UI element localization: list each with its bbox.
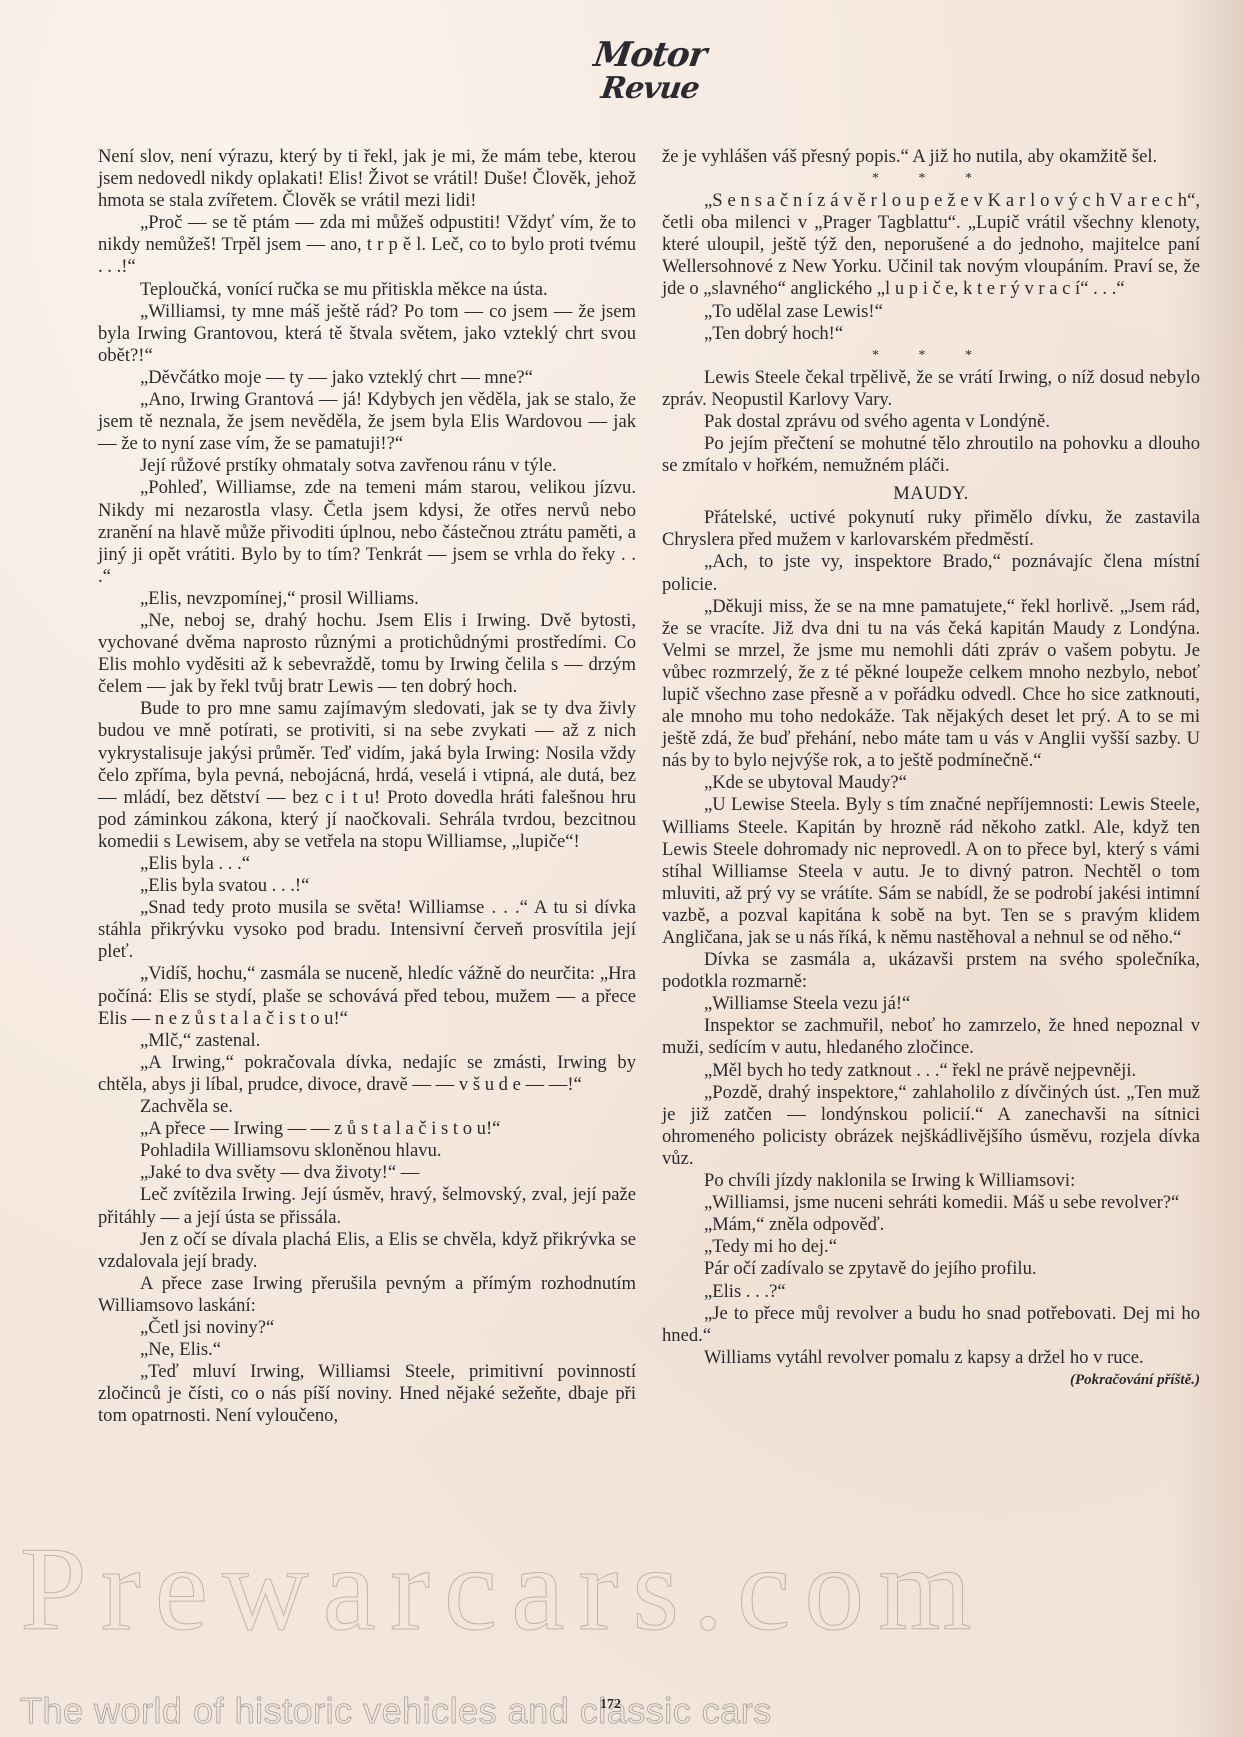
paragraph: „Měl bych ho tedy zatknout . . .“ řekl n… <box>662 1060 1200 1082</box>
paragraph: Williams vytáhl revolver pomalu z kapsy … <box>662 1347 1200 1369</box>
paragraph: „Ach, to jste vy, inspektore Brado,“ poz… <box>662 551 1200 595</box>
paragraph: A přece zase Irwing přerušila pevným a p… <box>98 1273 636 1317</box>
paragraph: „Četl jsi noviny?“ <box>98 1317 636 1339</box>
paragraph: Po jejím přečtení se mohutné tělo zhrout… <box>662 433 1200 477</box>
watermark-tagline: The world of historic vehicles and class… <box>20 1690 772 1732</box>
paragraph: „Děkuji miss, že se na mne pamatujete,“ … <box>662 596 1200 773</box>
paragraph: „Pohleď, Williamse, zde na temeni mám st… <box>98 477 636 587</box>
paragraph: „U Lewise Steela. Byly s tím značné nepř… <box>662 794 1200 949</box>
paragraph: „Jaké to dva světy — dva životy!“ — <box>98 1162 636 1184</box>
paragraph: „Ano, Irwing Grantová — já! Kdybych jen … <box>98 389 636 455</box>
paragraph: „Elis, nevzpomínej,“ prosil Williams. <box>98 588 636 610</box>
paragraph: Po chvíli jízdy naklonila se Irwing k Wi… <box>662 1170 1200 1192</box>
paragraph: „Mám,“ zněla odpověď. <box>662 1214 1200 1236</box>
paragraph: „Tedy mi ho dej.“ <box>662 1236 1200 1258</box>
paragraph: „Děvčátko moje — ty — jako vzteklý chrt … <box>98 367 636 389</box>
section-break-asterisks: * * * <box>662 345 1200 367</box>
paragraph: Leč zvítězila Irwing. Její úsměv, hravý,… <box>98 1184 636 1228</box>
paragraph: „Je to přece můj revolver a budu ho snad… <box>662 1303 1200 1347</box>
paragraph: „Snad tedy proto musila se světa! Willia… <box>98 897 636 963</box>
paragraph: „Pozdě, drahý inspektore,“ zahlaholilo z… <box>662 1082 1200 1170</box>
paragraph: „Mlč,“ zastenal. <box>98 1030 636 1052</box>
paragraph: „Proč — se tě ptám — zda mi můžeš odpust… <box>98 212 636 278</box>
paragraph: „Elis byla . . .“ <box>98 853 636 875</box>
right-text-column: že je vyhlášen váš přesný popis.“ A již … <box>662 146 1200 1391</box>
paragraph: Pohladila Williamsovu skloněnou hlavu. <box>98 1140 636 1162</box>
paragraph: že je vyhlášen váš přesný popis.“ A již … <box>662 146 1200 168</box>
paragraph: „Teď mluví Irwing, Williamsi Steele, pri… <box>98 1361 636 1427</box>
paragraph: Jen z očí se dívala plachá Elis, a Elis … <box>98 1229 636 1273</box>
paragraph: „Ten dobrý hoch!“ <box>662 323 1200 345</box>
paragraph: „Elis . . .?“ <box>662 1281 1200 1303</box>
section-heading: MAUDY. <box>662 483 1200 505</box>
paragraph: Dívka se zasmála a, ukázavši prstem na s… <box>662 949 1200 993</box>
masthead-line-1: Motor <box>583 38 718 72</box>
paragraph: Přátelské, uctivé pokynutí ruky přimělo … <box>662 507 1200 551</box>
continuation-note: (Pokračování příště.) <box>1070 1369 1200 1391</box>
paragraph: Inspektor se zachmuřil, neboť ho zamrzel… <box>662 1015 1200 1059</box>
paragraph: „Elis byla svatou . . .!“ <box>98 875 636 897</box>
paragraph: „Williamsi, jsme nuceni sehráti komedii.… <box>662 1192 1200 1214</box>
paragraph: Pak dostal zprávu od svého agenta v Lond… <box>662 411 1200 433</box>
paragraph: Pár očí zadívalo se zpytavě do jejího pr… <box>662 1258 1200 1280</box>
masthead-logo: Motor Revue <box>585 38 715 118</box>
paragraph: Její růžové prstíky ohmataly sotva zavře… <box>98 455 636 477</box>
paragraph: Bude to pro mne samu zajímavým sledovati… <box>98 698 636 853</box>
masthead-line-2: Revue <box>583 74 717 104</box>
paragraph: „Kde se ubytoval Maudy?“ <box>662 772 1200 794</box>
paragraph: „A Irwing,“ pokračovala dívka, nedajíc s… <box>98 1052 636 1096</box>
paragraph: Teploučká, vonící ručka se mu přitiskla … <box>98 279 636 301</box>
left-text-column: Není slov, není výrazu, který by ti řekl… <box>98 146 636 1427</box>
paragraph: „S e n s a č n í z á v ě r l o u p e ž e… <box>662 190 1200 300</box>
paragraph: „Ne, neboj se, drahý hochu. Jsem Elis i … <box>98 610 636 698</box>
paragraph: „Williamse Steela vezu já!“ <box>662 993 1200 1015</box>
paragraph: „To udělal zase Lewis!“ <box>662 301 1200 323</box>
paragraph: „Williamsi, ty mne máš ještě rád? Po tom… <box>98 301 636 367</box>
paragraph: „Vidíš, hochu,“ zasmála se nuceně, hledí… <box>98 963 636 1029</box>
page-number: 172 <box>600 1697 621 1713</box>
paragraph: Není slov, není výrazu, který by ti řekl… <box>98 146 636 212</box>
paragraph: Lewis Steele čekal trpělivě, že se vrátí… <box>662 367 1200 411</box>
paragraph: „Ne, Elis.“ <box>98 1339 636 1361</box>
section-break-asterisks: * * * <box>662 168 1200 190</box>
paragraph: Zachvěla se. <box>98 1096 636 1118</box>
paragraph: „A přece — Irwing — — z ů s t a l a č i … <box>98 1118 636 1140</box>
watermark-domain: Prewarcars.com <box>20 1520 986 1658</box>
